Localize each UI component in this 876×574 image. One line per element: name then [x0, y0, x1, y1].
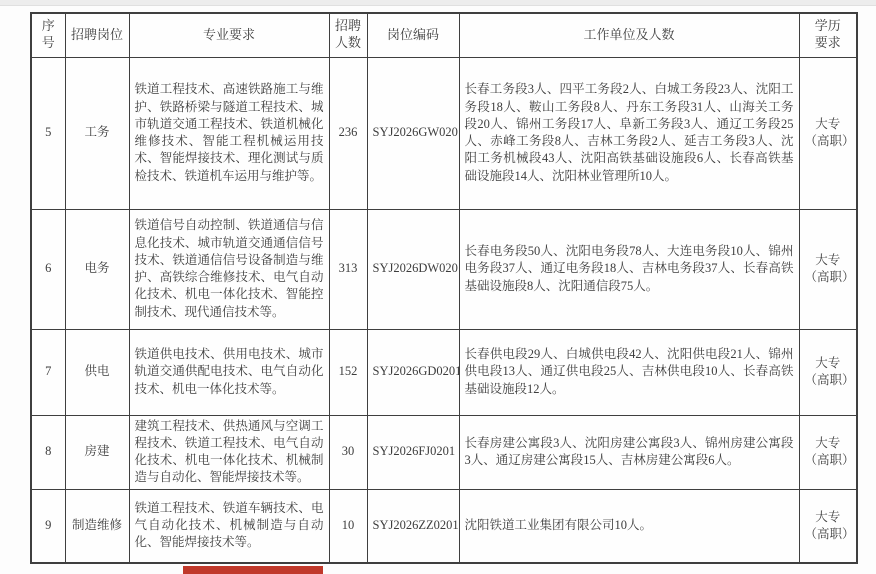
header-cell-major: 专业要求: [129, 13, 329, 57]
cell-major: 铁道信号自动控制、铁道通信与信息化技术、城市轨道交通通信信号技术、铁道通信信号设…: [129, 209, 329, 329]
header-cell-units: 工作单位及人数: [459, 13, 799, 57]
recruitment-table: 序 号 招聘岗位 专业要求 招聘 人数 岗位编码 工作单位及人数 学历 要求 5…: [30, 12, 858, 564]
header-cell-code: 岗位编码: [367, 13, 459, 57]
cell-code: SYJ2026DW0201: [367, 209, 459, 329]
header-cell-count: 招聘 人数: [329, 13, 367, 57]
cell-units: 长春供电段29人、白城供电段42人、沈阳供电段21人、锦州供电段13人、通辽供电…: [459, 329, 799, 415]
red-divider-bar: [183, 566, 323, 574]
top-divider: [0, 0, 876, 6]
cell-major: 铁道工程技术、高速铁路施工与维护、铁路桥梁与隧道工程技术、城市轨道交通工程技术、…: [129, 57, 329, 209]
cell-position: 电务: [65, 209, 129, 329]
table-row: 7 供电 铁道供电技术、供用电技术、城市轨道交通供配电技术、电气自动化技术、机电…: [31, 329, 857, 415]
cell-education: 大专 （高职）: [799, 329, 857, 415]
cell-no: 8: [31, 415, 65, 489]
cell-units: 长春房建公寓段3人、沈阳房建公寓段3人、锦州房建公寓段3人、通辽房建公寓段15人…: [459, 415, 799, 489]
cell-major: 铁道工程技术、铁道车辆技术、电气自动化技术、机械制造与自动化、智能焊接技术等。: [129, 489, 329, 563]
cell-position: 房建: [65, 415, 129, 489]
cell-education: 大专 （高职）: [799, 415, 857, 489]
cell-units: 长春电务段50人、沈阳电务段78人、大连电务段10人、锦州电务段37人、通辽电务…: [459, 209, 799, 329]
cell-position: 工务: [65, 57, 129, 209]
cell-code: SYJ2026ZZ0201: [367, 489, 459, 563]
cell-position: 制造维修: [65, 489, 129, 563]
cell-units: 长春工务段3人、四平工务段2人、白城工务段23人、沈阳工务段18人、鞍山工务段8…: [459, 57, 799, 209]
cell-count: 10: [329, 489, 367, 563]
cell-major: 建筑工程技术、供热通风与空调工程技术、铁道工程技术、电气自动化技术、机电一体化技…: [129, 415, 329, 489]
table-row: 8 房建 建筑工程技术、供热通风与空调工程技术、铁道工程技术、电气自动化技术、机…: [31, 415, 857, 489]
cell-position: 供电: [65, 329, 129, 415]
cell-education: 大专 （高职）: [799, 209, 857, 329]
cell-no: 6: [31, 209, 65, 329]
cell-code: SYJ2026FJ0201: [367, 415, 459, 489]
cell-education: 大专 （高职）: [799, 489, 857, 563]
cell-major: 铁道供电技术、供用电技术、城市轨道交通供配电技术、电气自动化技术、机电一体化技术…: [129, 329, 329, 415]
cell-education: 大专 （高职）: [799, 57, 857, 209]
article-page: 序 号 招聘岗位 专业要求 招聘 人数 岗位编码 工作单位及人数 学历 要求 5…: [0, 0, 876, 574]
table-header-row: 序 号 招聘岗位 专业要求 招聘 人数 岗位编码 工作单位及人数 学历 要求: [31, 13, 857, 57]
table-row: 9 制造维修 铁道工程技术、铁道车辆技术、电气自动化技术、机械制造与自动化、智能…: [31, 489, 857, 563]
header-cell-education: 学历 要求: [799, 13, 857, 57]
cell-count: 313: [329, 209, 367, 329]
cell-count: 152: [329, 329, 367, 415]
cell-count: 30: [329, 415, 367, 489]
cell-code: SYJ2026GD0201: [367, 329, 459, 415]
cell-count: 236: [329, 57, 367, 209]
cell-code: SYJ2026GW0201: [367, 57, 459, 209]
cell-no: 5: [31, 57, 65, 209]
table-row: 6 电务 铁道信号自动控制、铁道通信与信息化技术、城市轨道交通通信信号技术、铁道…: [31, 209, 857, 329]
header-cell-position: 招聘岗位: [65, 13, 129, 57]
cell-no: 7: [31, 329, 65, 415]
cell-units: 沈阳铁道工业集团有限公司10人。: [459, 489, 799, 563]
cell-no: 9: [31, 489, 65, 563]
header-cell-no: 序 号: [31, 13, 65, 57]
table-row: 5 工务 铁道工程技术、高速铁路施工与维护、铁路桥梁与隧道工程技术、城市轨道交通…: [31, 57, 857, 209]
